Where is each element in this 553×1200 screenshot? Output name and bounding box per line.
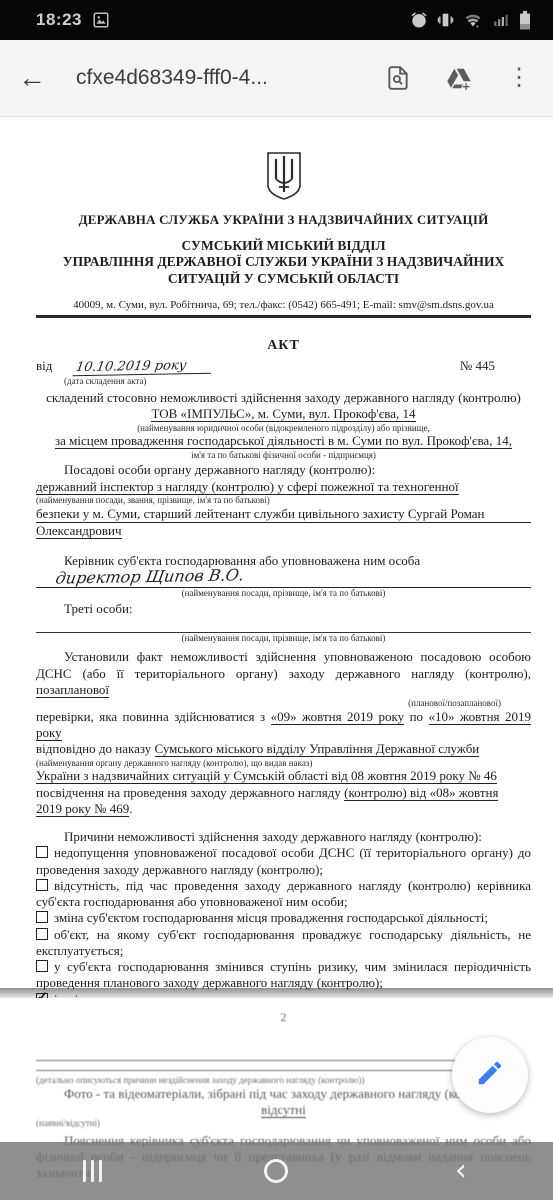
official-line-3: Олександрович bbox=[36, 523, 122, 539]
header-rule bbox=[36, 315, 531, 318]
home-button[interactable] bbox=[184, 1159, 368, 1183]
fact-underlined-6: (контролю) від «08» жовтня bbox=[344, 785, 498, 801]
fact-caption-2: (найменування органу державного нагляду … bbox=[36, 758, 531, 769]
fact-text-3: по bbox=[404, 709, 428, 724]
officials-heading: Посадові особи органу державного нагляду… bbox=[36, 462, 531, 478]
recents-button[interactable] bbox=[0, 1160, 184, 1182]
document-title: cfxe4d68349-fff0-4... bbox=[76, 66, 385, 90]
page2-caption-2: (наявні/відсутні) bbox=[36, 1118, 531, 1129]
edit-fab-button[interactable] bbox=[452, 1037, 528, 1113]
cause-item-2: відсутність, під час проведення заходу д… bbox=[36, 878, 531, 911]
status-bar: 18:23 + bbox=[0, 0, 553, 40]
vibrate-icon bbox=[437, 11, 454, 29]
pencil-icon bbox=[475, 1058, 505, 1093]
head-signature-handwriting: директор Щипов В.О. bbox=[54, 566, 245, 588]
add-to-drive-icon[interactable] bbox=[445, 65, 473, 91]
fact-text-4: відповідно до наказу bbox=[36, 741, 155, 756]
wifi-icon: + bbox=[463, 11, 483, 29]
agency-name: ДЕРЖАВНА СЛУЖБА УКРАЇНИ З НАДЗВИЧАЙНИХ С… bbox=[36, 212, 531, 228]
third-parties-label: Треті особи: bbox=[36, 601, 531, 617]
android-navigation-bar: ‹ bbox=[0, 1142, 553, 1200]
office-name: СУМСЬКИЙ МІСЬКИЙ ВІДДІЛ bbox=[36, 238, 531, 254]
fact-text-6: . bbox=[129, 801, 132, 816]
department-name-line1: УПРАВЛІННЯ ДЕРЖАВНОЇ СЛУЖБИ УКРАЇНИ З НА… bbox=[36, 254, 531, 270]
home-icon bbox=[264, 1159, 288, 1183]
photo-materials-value: відсутні bbox=[261, 1102, 306, 1118]
fact-text-1: Установили факт неможливості здійснення … bbox=[36, 649, 531, 680]
cause-item-4: об'єкт, на якому суб'єкт господарювання … bbox=[36, 927, 531, 960]
app-bar: ← cfxe4d68349-fff0-4... ⋮ bbox=[0, 40, 553, 117]
fact-underlined-5: України з надзвичайних ситуацій у Сумськ… bbox=[36, 768, 497, 784]
cause-item-5: у суб'єкта господарювання змінився ступі… bbox=[36, 959, 531, 992]
act-from-label: від bbox=[36, 358, 52, 374]
search-in-document-icon[interactable] bbox=[385, 65, 411, 91]
department-name-line2: СИТУАЦІЙ У СУМСЬКІЙ ОБЛАСТІ bbox=[36, 271, 531, 287]
clock-time: 18:23 bbox=[36, 10, 82, 30]
blank-line bbox=[36, 1061, 521, 1071]
office-address: 40009, м. Суми, вул. Робітнича, 69; тел.… bbox=[36, 299, 531, 311]
official-caption-1: (найменування посади, звання, прізвище, … bbox=[36, 495, 531, 506]
document-page-1: ДЕРЖАВНА СЛУЖБА УКРАЇНИ З НАДЗВИЧАЙНИХ С… bbox=[0, 117, 553, 988]
act-entity-caption: (найменування юридичної особи (відокремл… bbox=[36, 423, 531, 434]
act-date-caption: (дата складення акта) bbox=[64, 376, 531, 387]
pdf-viewer[interactable]: ДЕРЖАВНА СЛУЖБА УКРАЇНИ З НАДЗВИЧАЙНИХ С… bbox=[0, 117, 553, 1200]
act-place-caption: ім'я та по батькові фізичної особи - під… bbox=[36, 450, 531, 461]
battery-icon bbox=[519, 11, 531, 30]
alarm-icon bbox=[410, 11, 428, 29]
fact-text-5: посвідчення на проведення заходу державн… bbox=[36, 785, 344, 800]
checkbox-icon[interactable] bbox=[36, 846, 48, 858]
act-place: за місцем провадження господарської діял… bbox=[55, 433, 512, 449]
act-date: 10.10.2019 року bbox=[73, 358, 214, 376]
official-line-1: державний інспектор з нагляду (контролю)… bbox=[36, 479, 459, 495]
act-title: АКТ bbox=[36, 338, 531, 354]
fact-underlined-2: «09» жовтня 2019 року bbox=[271, 709, 405, 725]
checkbox-icon[interactable] bbox=[36, 879, 48, 891]
fact-underlined-7: 2019 року № 469 bbox=[36, 801, 129, 817]
back-icon[interactable]: ← bbox=[18, 62, 62, 94]
back-chevron-icon: ‹ bbox=[455, 1156, 467, 1186]
cause-item-3: зміна суб'єктом господарювання місця про… bbox=[36, 910, 531, 926]
fact-underlined-4: Сумського міського відділу Управління Де… bbox=[155, 741, 480, 757]
cause-item-1: недопущення уповноваженої посадової особ… bbox=[36, 845, 531, 878]
fact-underlined-1: позапланової bbox=[36, 682, 109, 698]
official-line-2: безпеки у м. Суми, старший лейтенант слу… bbox=[36, 506, 531, 523]
fact-caption-1: (планової/позапланової) bbox=[36, 698, 501, 709]
page-number: 2 bbox=[36, 1010, 531, 1025]
third-parties-caption: (найменування посади, прізвище, ім'я та … bbox=[36, 633, 531, 644]
third-parties-blank-line bbox=[36, 618, 531, 633]
causes-heading: Причини неможливості здійснення заходу д… bbox=[36, 829, 531, 845]
recents-icon bbox=[83, 1160, 102, 1182]
head-caption: (найменування посади, прізвище, ім'я та … bbox=[36, 588, 531, 599]
checkbox-icon[interactable] bbox=[36, 928, 48, 940]
checkbox-icon[interactable] bbox=[36, 911, 48, 923]
screenshot-image-icon bbox=[92, 11, 110, 29]
overflow-menu-icon[interactable]: ⋮ bbox=[507, 66, 531, 90]
act-subject: складений стосовно неможливості здійснен… bbox=[36, 390, 531, 406]
blank-line bbox=[36, 1051, 521, 1061]
ukraine-trident-emblem-icon bbox=[36, 151, 531, 206]
act-number: № 445 bbox=[460, 358, 495, 374]
checkbox-icon[interactable] bbox=[36, 960, 48, 972]
cell-signal-icon bbox=[492, 11, 510, 29]
back-button[interactable]: ‹ bbox=[369, 1156, 553, 1186]
act-entity: ТОВ «ІМПУЛЬС», м. Суми, вул. Прокоф'єва,… bbox=[151, 406, 415, 422]
svg-text:+: + bbox=[476, 24, 479, 29]
fact-text-2: перевірки, яка повинна здійснюватися з bbox=[36, 709, 271, 724]
